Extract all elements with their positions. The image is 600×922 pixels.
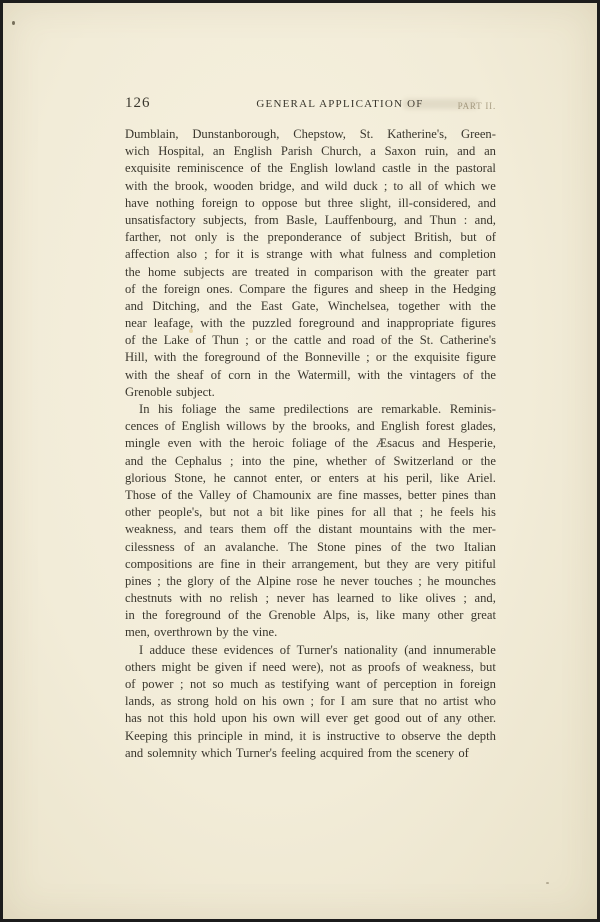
text-line: cencesofEnglishwillowsbythebrooks,andEng… [125,419,496,436]
text-line: cilessnessofanavalanche.TheStonepinesoft… [125,540,496,557]
text-line: Keepingthisprincipleinmind,itisinstructi… [125,729,496,746]
text-line: Inhisfoliagethesamepredilectionsareremar… [125,402,496,419]
text-line: gloriousStone,hecannotenter,orentersathi… [125,471,496,488]
text-line: oftheLakeofThun;orthecattleandroadoftheS… [125,333,496,350]
text-line: oftheforeignones.Comparethefiguresandshe… [125,282,496,299]
text-line: Dumblain,Dunstanborough,Chepstow,St.Kath… [125,127,496,144]
running-title: GENERAL APPLICATION OF [256,98,423,110]
text-line: andDitching,andtheEastGate,Winchelsea,to… [125,299,496,316]
text-line: IadducetheseevidencesofTurner'snationali… [125,643,496,660]
text-line: unsatisfactorysubjects,fromBasle,Lauffen… [125,213,496,230]
text-line: weakness,andtearsthemoffthedistantmounta… [125,522,496,539]
text-line: intheforegroundoftheGrenobleAlps,is,like… [125,608,496,625]
text-line: wichHospital,anEnglishParishChurch,aSaxo… [125,144,496,161]
text-line: lands,asstrongholdonhisown;forIamsuretha… [125,694,496,711]
text-line: mingleevenwiththeheroicfoliageoftheÆsacu… [125,436,496,453]
text-line: havenothingforeigntoopposebutthreeslight… [125,196,496,213]
page-text: Dumblain,Dunstanborough,Chepstow,St.Kath… [125,127,496,763]
text-line: nearleafage,withthepuzzledforegroundandi… [125,316,496,333]
text-line: men, overthrown by the vine. [125,625,496,642]
paper-speck [546,882,549,884]
text-line: hasnotthisholduponhisownwillevergetgoodo… [125,711,496,728]
book-page-scan: 126 GENERAL APPLICATION OF PART II. Dumb… [0,0,600,922]
text-line: Hill,withtheforegroundoftheBonneville;or… [125,350,496,367]
text-line: withthesheafofcornintheWatermill,withthe… [125,368,496,385]
ink-show-through [403,99,478,109]
text-line: otherpeople's,butnotabitlikepinesforallt… [125,505,496,522]
text-line: ofpower;notsomuchastestifyingwantofperce… [125,677,496,694]
text-line: and solemnity which Turner's feeling acq… [125,746,496,763]
text-line: affectionalso;foritisstrangewithwhatfuln… [125,247,496,264]
text-line: farther,notonlyisthepreponderanceofsubje… [125,230,496,247]
page-number: 126 [125,95,151,112]
text-line: withthebrook,woodenbridge,andwildduck;to… [125,179,496,196]
text-line: andtheCephalus;intothepine,whetherofSwit… [125,454,496,471]
text-line: pines;thegloryoftheAlpinerosehenevertouc… [125,574,496,591]
text-line: exquisitereminiscenceoftheEnglishlowland… [125,161,496,178]
text-line: compositionsarefineintheirarrangement,bu… [125,557,496,574]
text-line: ThoseoftheValleyofChamounixarefinemasses… [125,488,496,505]
text-line: chestnutswithnorelish;neverhaslearnedtol… [125,591,496,608]
text-line: thehomesubjectsaretreatedincomparisonwit… [125,265,496,282]
paper-speck [12,21,15,25]
text-line: othersmightbegivenifneedwere),notasproof… [125,660,496,677]
text-line: Grenoble subject. [125,385,496,402]
